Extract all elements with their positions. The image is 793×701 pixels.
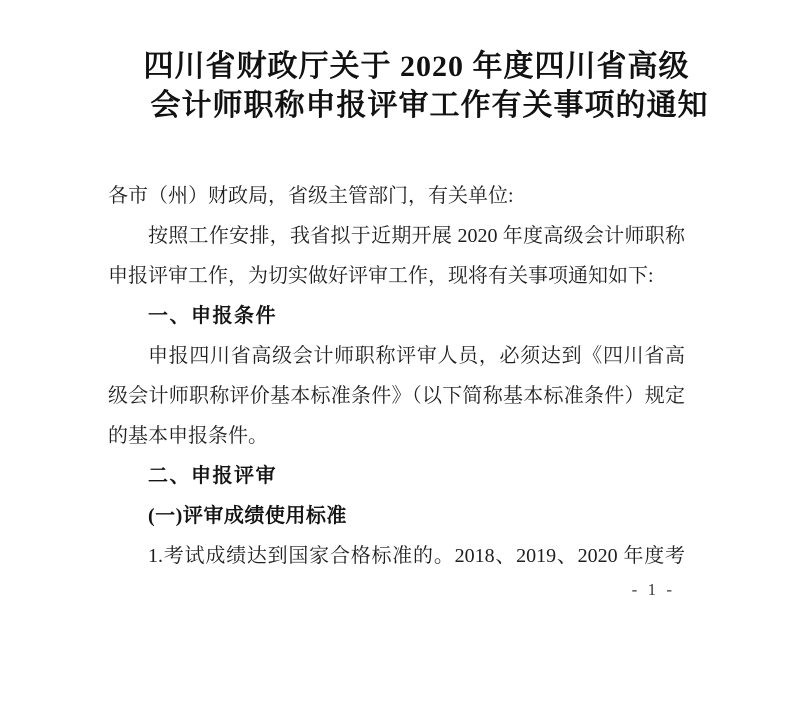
- section1-heading: 一、申报条件: [108, 296, 685, 336]
- document-page: 四川省财政厅关于 2020 年度四川省高级 会计师职称申报评审工作有关事项的通知…: [0, 0, 793, 701]
- page-footer: - 1 -: [632, 579, 675, 601]
- title-line-2: 会计师职称申报评审工作有关事项的通知: [48, 86, 785, 125]
- salutation-line: 各市（州）财政局，省级主管部门，有关单位:: [108, 176, 685, 216]
- section2-paragraph-line-1: 1.考试成绩达到国家合格标准的。2018、2019、2020 年度考: [108, 536, 685, 576]
- document-title: 四川省财政厅关于 2020 年度四川省高级 会计师职称申报评审工作有关事项的通知: [48, 47, 785, 125]
- section2-subheading-1: (一)评审成绩使用标准: [108, 496, 685, 536]
- section1-paragraph-line-3: 的基本申报条件。: [108, 416, 685, 456]
- intro-paragraph-line-1: 按照工作安排，我省拟于近期开展 2020 年度高级会计师职称: [108, 216, 685, 256]
- document-body: 各市（州）财政局，省级主管部门，有关单位: 按照工作安排，我省拟于近期开展 20…: [108, 176, 685, 576]
- page-number: - 1 -: [632, 580, 675, 599]
- section2-heading: 二、申报评审: [108, 456, 685, 496]
- intro-paragraph-line-2: 申报评审工作，为切实做好评审工作，现将有关事项通知如下:: [108, 256, 685, 296]
- section1-paragraph-line-2: 级会计师职称评价基本标准条件》（以下简称基本标准条件）规定: [108, 376, 685, 416]
- section1-paragraph-line-1: 申报四川省高级会计师职称评审人员，必须达到《四川省高: [108, 336, 685, 376]
- title-line-1: 四川省财政厅关于 2020 年度四川省高级: [48, 47, 785, 86]
